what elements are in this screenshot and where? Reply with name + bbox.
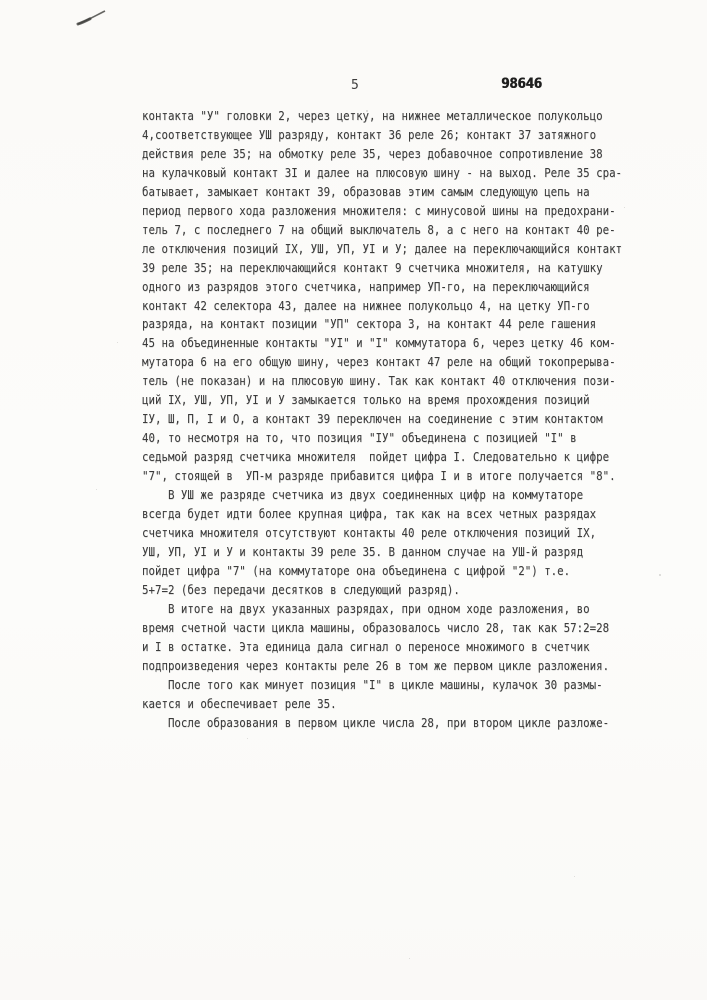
scan-speck bbox=[659, 574, 661, 576]
document-page: 5 98646 контакта "У" головки 2, через це… bbox=[0, 0, 707, 1000]
scan-speck bbox=[247, 738, 248, 739]
document-number: 98646 bbox=[501, 76, 542, 92]
scan-speck bbox=[96, 489, 97, 490]
scan-speck bbox=[574, 876, 575, 877]
body-text: контакта "У" головки 2, через цетку, на … bbox=[142, 107, 659, 732]
page-number: 5 bbox=[351, 78, 359, 93]
scan-speck bbox=[624, 207, 625, 208]
scan-speck bbox=[366, 110, 368, 112]
scan-speck bbox=[117, 342, 118, 343]
pencil-mark-icon bbox=[74, 7, 112, 31]
scan-speck bbox=[409, 958, 410, 959]
